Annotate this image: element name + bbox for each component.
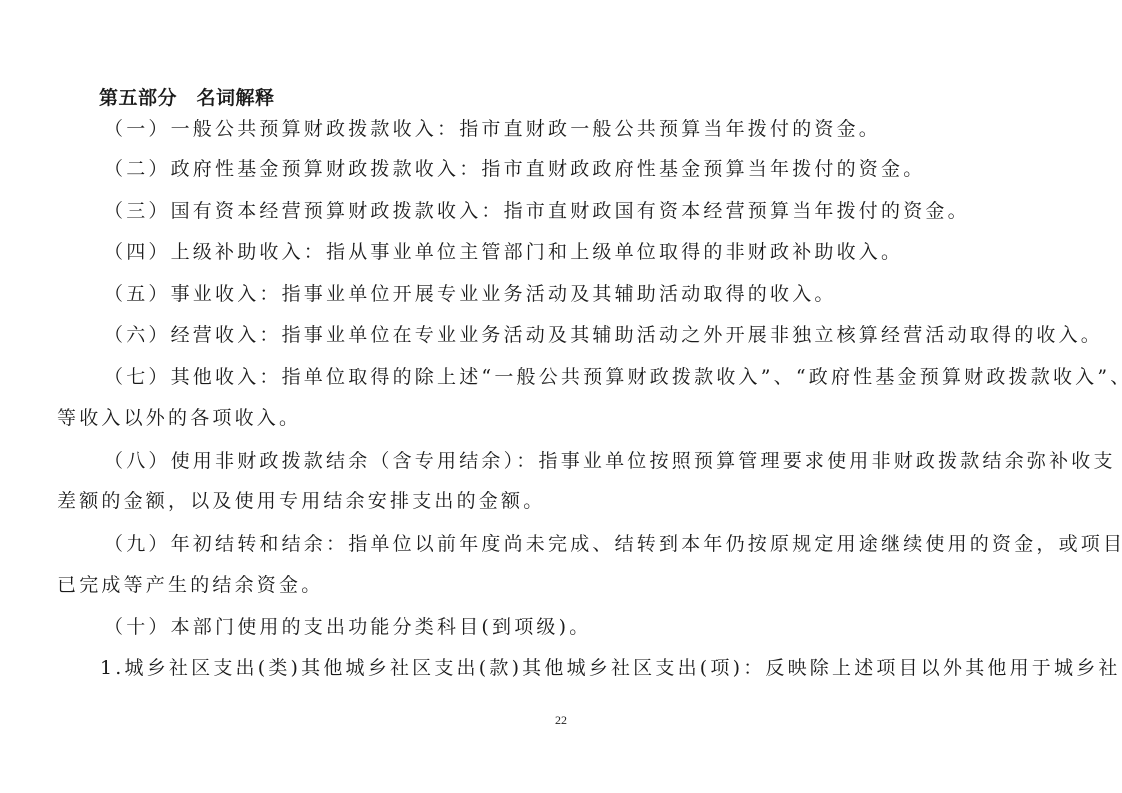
definition-2: （二）政府性基金预算财政拨款收入：指市直财政政府性基金预算当年拨付的资金。 (104, 157, 925, 181)
page-number: 22 (0, 713, 1122, 728)
document-page: 第五部分 名词解释 （一）一般公共预算财政拨款收入：指市直财政一般公共预算当年拨… (0, 0, 1122, 793)
definition-7: （七）其他收入：指单位取得的除上述“一般公共预算财政拨款收入”、“政府性基金预算… (104, 365, 1122, 389)
definition-9: （九）年初结转和结余：指单位以前年度尚未完成、结转到本年仍按原规定用途继续使用的… (104, 532, 1122, 556)
definition-3: （三）国有资本经营预算财政拨款收入：指市直财政国有资本经营预算当年拨付的资金。 (104, 199, 970, 223)
definition-6: （六）经营收入：指事业单位在专业业务活动及其辅助活动之外开展非独立核算经营活动取… (104, 323, 1103, 347)
definition-10: （十）本部门使用的支出功能分类科目(到项级)。 (104, 615, 591, 639)
definition-8: （八）使用非财政拨款结余（含专用结余）：指事业单位按照预算管理要求使用非财政拨款… (104, 449, 1116, 473)
definition-1: （一）一般公共预算财政拨款收入：指市直财政一般公共预算当年拨付的资金。 (104, 117, 881, 141)
section-title: 第五部分 名词解释 (99, 86, 275, 110)
definition-4: （四）上级补助收入：指从事业单位主管部门和上级单位取得的非财政补助收入。 (104, 240, 903, 264)
definition-5: （五）事业收入：指事业单位开展专业业务活动及其辅助活动取得的收入。 (104, 282, 837, 306)
definition-7-continued: 等收入以外的各项收入。 (57, 406, 301, 430)
sub-item-1: 1.城乡社区支出(类)其他城乡社区支出(款)其他城乡社区支出(项)：反映除上述项… (100, 656, 1121, 680)
definition-9-continued: 已完成等产生的结余资金。 (57, 573, 323, 597)
definition-8-continued: 差额的金额，以及使用专用结余安排支出的金额。 (57, 489, 545, 513)
